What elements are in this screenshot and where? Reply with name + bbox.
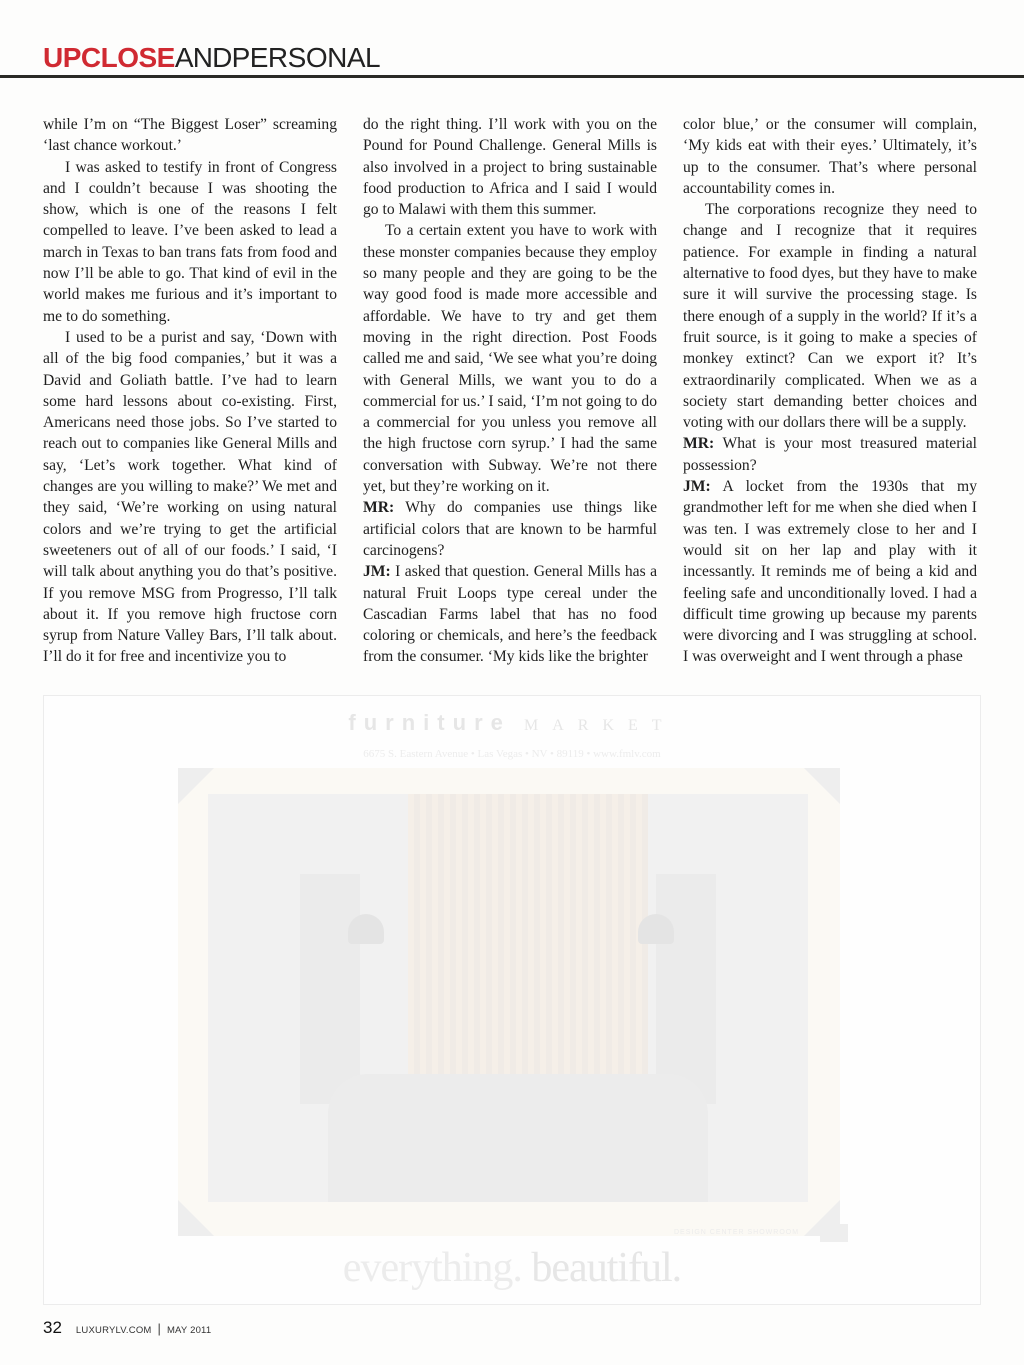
paragraph-text: The corporations recognize they need to … xyxy=(683,201,977,431)
photo-corner-icon xyxy=(804,768,840,804)
footer-issue-date: MAY 2011 xyxy=(167,1325,211,1336)
section-header: UPCLOSEANDPERSONAL xyxy=(43,42,380,74)
article-column-1: while I’m on “The Biggest Loser” screami… xyxy=(43,114,337,668)
footer-website[interactable]: LUXURYLV.COM xyxy=(76,1325,152,1336)
lamp-icon xyxy=(638,914,674,944)
interview-exchange: JM: A locket from the 1930s that my gran… xyxy=(683,476,977,668)
ad-logo-icon xyxy=(820,1224,848,1242)
photo-corner-icon xyxy=(178,1200,214,1236)
page-number: 32 xyxy=(43,1318,62,1337)
section-header-thin: AND xyxy=(175,42,232,73)
paragraph-text: do the right thing. I’ll work with you o… xyxy=(363,116,657,218)
article-paragraph: To a certain extent you have to work wit… xyxy=(363,220,657,497)
paragraph-text: What is your most treasured material pos… xyxy=(683,435,977,473)
speaker-label: JM: xyxy=(683,478,711,495)
ad-tagline: everything. beautiful. xyxy=(44,1244,980,1292)
paragraph-text: color blue,’ or the consumer will compla… xyxy=(683,116,977,197)
article-column-3: color blue,’ or the consumer will compla… xyxy=(683,114,977,668)
article-paragraph: while I’m on “The Biggest Loser” screami… xyxy=(43,114,337,157)
paragraph-text: To a certain extent you have to work wit… xyxy=(363,222,657,495)
ad-tagline-bold: beautiful. xyxy=(531,1245,681,1291)
paragraph-text: I used to be a purist and say, ‘Down wit… xyxy=(43,329,337,665)
ad-brand-light: MARKET xyxy=(524,717,676,734)
article-paragraph: do the right thing. I’ll work with you o… xyxy=(363,114,657,220)
ad-address: 6675 S. Eastern Avenue • Las Vegas • NV … xyxy=(44,748,980,760)
header-rule xyxy=(0,75,1024,78)
ad-photo-frame xyxy=(178,768,840,1236)
speaker-label: MR: xyxy=(683,435,714,452)
article-paragraph: The corporations recognize they need to … xyxy=(683,199,977,433)
paragraph-text: Why do companies use things like artific… xyxy=(363,499,657,559)
furniture-market-advertisement[interactable]: furniture MARKET 6675 S. Eastern Avenue … xyxy=(43,695,981,1305)
bed xyxy=(328,1074,708,1202)
interview-exchange: JM: I asked that question. General Mills… xyxy=(363,561,657,667)
ad-tagline-light: everything. xyxy=(343,1245,522,1291)
paragraph-text: A locket from the 1930s that my grandmot… xyxy=(683,478,977,665)
article-column-2: do the right thing. I’ll work with you o… xyxy=(363,114,657,668)
ad-small-print: DESIGN CENTER SHOWROOM xyxy=(674,1229,799,1236)
paragraph-text: while I’m on “The Biggest Loser” screami… xyxy=(43,116,337,154)
section-header-bold: UPCLOSE xyxy=(43,42,175,73)
paragraph-text: I was asked to testify in front of Congr… xyxy=(43,159,337,325)
wall-panel-right xyxy=(656,874,716,1104)
speaker-label: MR: xyxy=(363,499,394,516)
footer-separator: | xyxy=(158,1321,161,1336)
article-paragraph: I used to be a purist and say, ‘Down wit… xyxy=(43,327,337,668)
section-header-regular: PERSONAL xyxy=(232,42,381,73)
ad-bedroom-photo xyxy=(208,794,808,1202)
article-paragraph: I was asked to testify in front of Congr… xyxy=(43,157,337,327)
wall-panel-left xyxy=(300,874,360,1104)
ad-brand-bold: furniture xyxy=(348,710,510,735)
lamp-icon xyxy=(348,914,384,944)
drapes xyxy=(408,794,648,1094)
article-paragraph: color blue,’ or the consumer will compla… xyxy=(683,114,977,199)
page-footer: 32LUXURYLV.COM|MAY 2011 xyxy=(43,1318,211,1338)
interview-exchange: MR: What is your most treasured material… xyxy=(683,433,977,476)
ad-brand-name: furniture MARKET xyxy=(44,710,980,736)
interview-exchange: MR: Why do companies use things like art… xyxy=(363,497,657,561)
speaker-label: JM: xyxy=(363,563,391,580)
paragraph-text: I asked that question. General Mills has… xyxy=(363,563,657,665)
